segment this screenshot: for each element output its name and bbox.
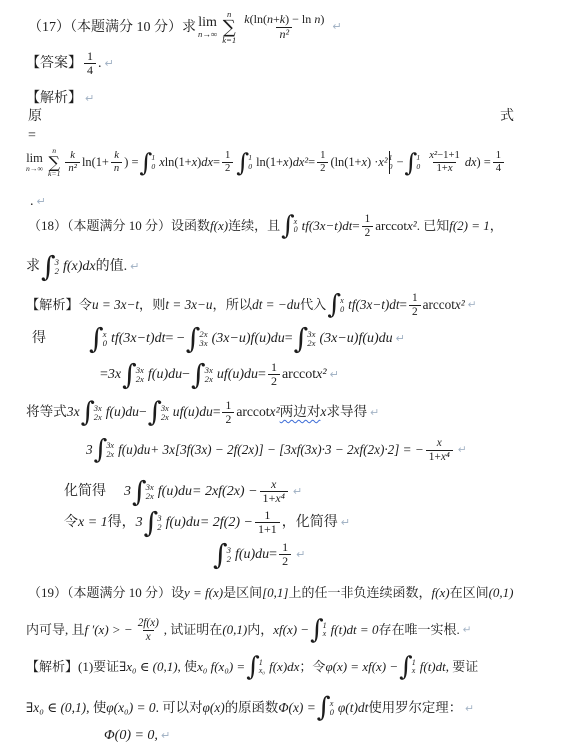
math-text: f(2) = 1 xyxy=(449,218,490,234)
math-text: n² xyxy=(279,27,289,41)
problem-18-substitution: 【解析】令 u = 3x−t，则 t = 3x−u，所以 dt = −du 代入… xyxy=(26,292,477,318)
text: . 已知 xyxy=(417,218,450,234)
text: − xyxy=(139,404,147,421)
integral-operator: ∫3x2x xyxy=(294,327,319,351)
text: 【解析】令 xyxy=(26,297,92,314)
fraction: 11+1 xyxy=(255,509,280,537)
paragraph-mark: ↵ xyxy=(332,20,341,34)
math-text: f(x) xyxy=(210,218,228,234)
paragraph-mark: ↵ xyxy=(396,332,405,346)
math-text: (0,1) xyxy=(222,622,247,638)
math-text: x² xyxy=(316,366,326,384)
math-text: x xyxy=(448,163,453,174)
math-text: x² xyxy=(429,150,437,161)
text: = xyxy=(213,404,221,421)
integral-operator: ∫3x2x xyxy=(132,480,157,504)
math-text: + 3x[3f(3x) − 2f(2x)] − [3xf(3x)·3 − 2xf… xyxy=(150,442,423,459)
text: 的值. xyxy=(96,258,128,276)
math-text: φ(x) xyxy=(202,700,224,717)
paragraph-mark: ↵ xyxy=(293,485,302,499)
text: 2 xyxy=(225,163,230,174)
integral-operator: ∫3x2x xyxy=(81,401,105,424)
sigma-sign: ∑ xyxy=(223,19,236,36)
math-text: u = 3x−t xyxy=(92,297,139,314)
paragraph-mark: ↵ xyxy=(130,260,139,274)
text: 式 xyxy=(500,108,514,126)
text: 连续，且 xyxy=(228,218,280,234)
math-text: (3x−u)f(u)du xyxy=(319,330,392,348)
text: = xyxy=(258,366,266,384)
text: ，化简得 xyxy=(282,514,338,532)
text: = xyxy=(269,546,277,564)
text: 1+1 xyxy=(258,522,277,536)
integral-operator: ∫3x2x xyxy=(94,439,117,461)
text: 在区间 xyxy=(450,585,489,601)
summation-operator: n∑k=1 xyxy=(48,147,60,178)
problem-18-substitute-x1: 令 x = 1得，3∫32f(u)du = 2f(2) − 11+1，化简得↵ xyxy=(64,509,350,537)
integral-operator: ∫x0 xyxy=(89,327,110,351)
text: = xyxy=(400,297,407,314)
problem-19-analysis-line1: 【解析】(1)要证 ∃x₀ ∈ (0,1), 使 x₀ f(x₀) = ∫1x₀… xyxy=(26,656,478,678)
math-text: x² xyxy=(378,155,387,171)
text: 内， xyxy=(247,622,273,638)
text: 【解析】 xyxy=(26,90,82,108)
fraction: 12 xyxy=(222,399,234,426)
integral-operator: ∫x0 xyxy=(327,294,347,316)
sigma-sign: ∑ xyxy=(48,155,60,170)
math-text: dx xyxy=(201,155,213,171)
text: 求 xyxy=(26,258,40,276)
integral-operator: ∫1x₀ xyxy=(246,656,268,678)
fraction: 12 xyxy=(362,213,374,239)
integral-sign: ∫ xyxy=(246,656,260,678)
math-text: = 2xf(2x) − xyxy=(192,483,258,501)
math-text: f(u)du xyxy=(106,404,139,421)
math-text: φ(x) = xf(x) − xyxy=(325,659,398,675)
math-text: x = 1 xyxy=(78,514,108,532)
summation-operator: n∑k=1 xyxy=(222,10,236,45)
limit-operator: limn→∞ xyxy=(26,152,43,172)
math-text: xf(x) − xyxy=(273,622,309,638)
fraction: 14 xyxy=(493,150,504,175)
math-text: φ(t)dt xyxy=(338,700,368,717)
math-text: f(t)dt = 0 xyxy=(331,622,379,638)
math-text: f(u)du xyxy=(166,514,200,532)
math-text: x² xyxy=(455,297,465,314)
fraction: kn xyxy=(111,150,122,175)
text: ) = xyxy=(477,155,491,171)
math-text: f(u)du xyxy=(118,442,150,459)
text: 1 xyxy=(412,292,418,304)
text: = xyxy=(308,155,315,171)
integral-operator: ∫1x xyxy=(399,656,419,678)
text: ln(1+ xyxy=(82,155,109,171)
problem-18-statement-continued: 求∫32f(x)dx的值.↵ xyxy=(26,255,139,279)
text: 【解析】(1)要证 xyxy=(26,659,119,675)
text: 2 xyxy=(282,554,288,568)
text: = xyxy=(28,127,36,145)
text: 存在唯一实根. xyxy=(378,622,459,638)
math-text: Φ(0) = 0, xyxy=(104,727,158,745)
math-text: x xyxy=(146,631,151,643)
text: , 使 xyxy=(86,700,106,717)
math-text: f(t)dt xyxy=(420,659,446,675)
text: ln(1+ xyxy=(165,155,192,171)
problem-18-integral-transform: 得∫x0tf(3x−t)dt = −∫2x3x(3x−u)f(u)du = ∫3… xyxy=(32,327,405,351)
text: （19）（本题满分 10 分）设 xyxy=(28,585,184,601)
text: ) = xyxy=(124,155,138,171)
fraction: x1+x⁴ xyxy=(260,478,288,506)
math-text: 3x xyxy=(108,366,121,384)
math-text: y = f(x) xyxy=(184,585,223,601)
text: ) xyxy=(320,12,324,26)
text: 1 xyxy=(225,150,230,161)
paragraph-mark: ↵ xyxy=(296,548,305,562)
math-text: 3x xyxy=(67,404,80,421)
text: ，则 xyxy=(139,297,165,314)
text: 1+ xyxy=(429,451,441,463)
math-text: x⁴ xyxy=(275,491,285,505)
text: . xyxy=(30,193,34,211)
text: arccot xyxy=(236,404,269,421)
text: ，所以 xyxy=(213,297,253,314)
paragraph-mark: ↵ xyxy=(85,92,94,106)
integral-sign: ∫ xyxy=(281,215,295,237)
text: , 试证明在 xyxy=(164,622,223,638)
math-text: uf(u)du xyxy=(173,404,213,421)
text: 1+ xyxy=(436,163,447,174)
text: 得， xyxy=(108,514,136,532)
fraction: k(ln(n+k) − ln n)n² xyxy=(241,13,327,41)
math-text: Φ(x) = xyxy=(278,700,315,717)
text: 使用罗尔定理： xyxy=(368,700,462,717)
integral-sign: ∫ xyxy=(89,327,104,351)
math-text: tf(3x−t)dt xyxy=(111,330,166,348)
integral-sign: ∫ xyxy=(41,255,56,279)
math-text: x xyxy=(437,437,442,449)
paragraph-mark: ↵ xyxy=(468,299,477,312)
text: . 可以对 xyxy=(156,700,203,717)
math-text: f(u)du xyxy=(148,366,182,384)
text: 【答案】 xyxy=(26,55,82,73)
problem-18-differentiate-instruction: 将等式 3x∫3x2xf(u)du − ∫3x2xuf(u)du = 12arc… xyxy=(26,399,379,426)
text: 1 xyxy=(87,49,93,63)
fraction: x²−1+11+x xyxy=(426,150,463,175)
text: ) · xyxy=(367,155,378,171)
text: = xyxy=(213,155,220,171)
math-text: x² xyxy=(407,218,417,234)
text: 的原函数 xyxy=(225,700,279,717)
text: （17）（本题满分 10 分）求 xyxy=(28,19,196,37)
problem-19-statement-continued: 内可导, 且 f ′(x) > −2f(x)x, 试证明在 (0,1) 内， x… xyxy=(26,617,471,643)
math-text: f(u)du xyxy=(235,546,269,564)
text: (ln( xyxy=(250,12,267,26)
text: arccot xyxy=(375,218,407,234)
integral-operator: ∫32 xyxy=(213,543,234,567)
math-text: ∃x₀ ∈ (0,1) xyxy=(26,700,86,717)
text: 两边对 xyxy=(280,404,321,421)
math-text: f(x) xyxy=(432,585,450,601)
text: ， xyxy=(490,218,503,234)
integral-sign: ∫ xyxy=(213,543,228,567)
math-text: x² xyxy=(270,404,280,421)
problem-17-statement: （17）（本题满分 10 分）求limn→∞n∑k=1k(ln(n+k) − l… xyxy=(28,10,342,45)
text: = − xyxy=(165,330,184,348)
integral-operator: ∫10 xyxy=(404,152,423,173)
text: + xyxy=(273,12,280,26)
text: 1+ xyxy=(263,491,276,505)
equals-continuation: = xyxy=(28,127,36,145)
text: = xyxy=(285,330,293,348)
text: arccot xyxy=(282,366,316,384)
integral-operator: ∫x0 xyxy=(281,215,301,237)
paragraph-mark: ↵ xyxy=(463,624,472,637)
math-text: dx² xyxy=(293,155,308,171)
math-text: uf(u)du xyxy=(217,366,258,384)
problem-19-statement: （19）（本题满分 10 分）设 y = f(x)是区间[0,1]上的任一非负连… xyxy=(28,585,514,601)
fraction: 12 xyxy=(317,150,328,175)
text: 化简得 xyxy=(64,483,106,501)
text: 2 xyxy=(225,413,231,426)
integral-sign: ∫ xyxy=(327,294,341,316)
text: 4 xyxy=(496,163,501,174)
math-text: f(x)dx xyxy=(269,659,299,675)
text: 得 xyxy=(32,330,46,348)
problem-18-derivative-equation: 3∫3x2xf(u)du + 3x[3f(3x) − 2f(2x)] − [3x… xyxy=(86,437,467,463)
math-text: t = 3x−u xyxy=(165,297,212,314)
text: 2 xyxy=(271,374,277,388)
integral-sign: ∫ xyxy=(191,363,206,387)
math-text: dt = −du xyxy=(252,297,300,314)
integral-sign: ∫ xyxy=(310,619,324,641)
text: 1 xyxy=(320,150,325,161)
text: 求导得 xyxy=(326,404,367,421)
text: arccot xyxy=(423,297,455,314)
text: （18）（本题满分 10 分）设函数 xyxy=(28,218,210,234)
math-text: tf(3x−t)dt xyxy=(348,297,399,314)
paragraph-mark: ↵ xyxy=(458,444,467,457)
math-text: k xyxy=(114,150,119,161)
text: , 要证 xyxy=(446,659,479,675)
integral-operator: ∫32 xyxy=(144,511,165,535)
text: 1 xyxy=(225,399,231,412)
text: 2 xyxy=(412,306,418,318)
math-text: ∃x₀ ∈ (0,1) xyxy=(119,659,177,675)
problem-17-answer: 【答案】14 .↵ xyxy=(26,50,114,78)
text: ln(1+ xyxy=(256,155,283,171)
paragraph-mark: ↵ xyxy=(370,406,379,420)
integral-operator: ∫10 xyxy=(139,152,158,173)
integral-operator: ∫32 xyxy=(41,255,62,279)
text: 1 xyxy=(282,540,288,554)
problem-17-derivation: limn→∞n∑k=1kn²ln(1+kn) = ∫10x ln(1+x)dx … xyxy=(24,147,506,178)
math-text: (3x−u)f(u)du xyxy=(212,330,285,348)
math-text: 3 xyxy=(86,442,93,459)
problem-18-statement: （18）（本题满分 10 分）设函数 f(x)连续，且∫x0tf(3x−t)dt… xyxy=(28,213,503,239)
math-text: x xyxy=(271,477,276,491)
paragraph-mark: ↵ xyxy=(37,195,46,209)
limit-operator: limn→∞ xyxy=(198,16,217,39)
math-text: k xyxy=(70,150,75,161)
math-text: (0,1) xyxy=(489,585,514,601)
integral-operator: ∫x0 xyxy=(317,697,337,720)
math-text: n xyxy=(114,163,119,174)
integral-sign: ∫ xyxy=(148,401,162,424)
integral-sign: ∫ xyxy=(122,363,137,387)
text: = xyxy=(352,218,359,234)
problem-17-analysis-label: 【解析】↵ xyxy=(26,90,94,108)
paragraph-mark: ↵ xyxy=(341,516,350,530)
integral-operator: ∫3x2x xyxy=(148,401,172,424)
paragraph-mark: ↵ xyxy=(105,57,114,71)
text: −1+1 xyxy=(437,150,460,161)
text: 4 xyxy=(87,63,93,77)
text: . xyxy=(98,55,102,73)
document-page: （17）（本题满分 10 分）求limn→∞n∑k=1k(ln(n+k) − l… xyxy=(0,0,584,747)
math-text: n² xyxy=(68,163,77,174)
text: 1 xyxy=(271,360,277,374)
fraction: 12 xyxy=(409,292,421,318)
original-expression-spread: 原式 xyxy=(28,108,514,126)
math-text: 3 xyxy=(124,483,131,501)
paragraph-mark: ↵ xyxy=(161,729,170,743)
fraction: 12 xyxy=(222,150,233,175)
integral-operator: ∫1x xyxy=(310,619,330,641)
text: 上的任一非负连续函数， xyxy=(289,585,432,601)
math-text: = 2f(2) − xyxy=(200,514,253,532)
text: (ln(1+ xyxy=(330,155,361,171)
problem-18-final-result: ∫32f(u)du = 12↵ xyxy=(212,541,305,569)
math-text: tf(3x−t)dt xyxy=(302,218,353,234)
text: 2 xyxy=(365,227,371,239)
math-text: [0,1] xyxy=(262,585,288,601)
text: 原 xyxy=(28,108,42,126)
integral-sign: ∫ xyxy=(81,401,95,424)
text: − xyxy=(396,155,403,171)
fraction: x1+x⁴ xyxy=(426,437,453,463)
text: 1 xyxy=(365,213,371,225)
problem-18-simplified-equation: 化简得3∫3x2xf(u)du = 2xf(2x) − x1+x⁴↵ xyxy=(64,478,302,506)
text: 2 xyxy=(320,163,325,174)
integral-sign: ∫ xyxy=(132,480,147,504)
paragraph-mark: ↵ xyxy=(330,368,339,382)
problem-19-phi-initial-condition: Φ(0) = 0,↵ xyxy=(104,727,170,745)
fraction: kn² xyxy=(65,150,80,175)
fraction: 12 xyxy=(268,361,280,389)
math-text: x₀ f(x₀) = xyxy=(197,659,245,675)
math-text: x⁴ xyxy=(441,451,450,463)
text: 是区间 xyxy=(223,585,262,601)
math-text: f(x)dx xyxy=(63,258,96,276)
integral-operator: ∫10 xyxy=(236,152,255,173)
text: 内可导, 且 xyxy=(26,622,85,638)
text: − xyxy=(182,366,190,384)
fraction: 12 xyxy=(279,541,291,569)
trailing-period: .↵ xyxy=(30,193,46,211)
math-text: dx xyxy=(465,155,477,171)
text: ) − ln xyxy=(285,12,314,26)
integral-sign: ∫ xyxy=(399,656,413,678)
text: = xyxy=(100,366,108,384)
problem-19-analysis-line2: ∃x₀ ∈ (0,1), 使 φ(x₀) = 0. 可以对 φ(x)的原函数 Φ… xyxy=(26,697,474,720)
problem-18-integral-transform-continued: = 3x∫3x2xf(u)du − ∫3x2xuf(u)du = 12arcco… xyxy=(100,361,339,389)
fraction: 14 xyxy=(84,50,96,78)
text: ；令 xyxy=(299,659,325,675)
text: 代入 xyxy=(300,297,326,314)
paragraph-mark: ↵ xyxy=(465,702,474,715)
text: 令 xyxy=(64,514,78,532)
integral-operator: ∫3x2x xyxy=(122,363,147,387)
math-text: f(u)du xyxy=(158,483,192,501)
fraction: 2f(x)x xyxy=(135,617,162,643)
text: 1 xyxy=(264,508,270,522)
text: 将等式 xyxy=(26,404,67,421)
integral-operator: ∫2x3x xyxy=(186,327,211,351)
evaluation-bar: 10 xyxy=(389,151,396,175)
integral-sign: ∫ xyxy=(317,697,331,720)
math-text: 2f(x) xyxy=(138,617,159,629)
text: 1 xyxy=(496,150,501,161)
integral-operator: ∫3x2x xyxy=(191,363,216,387)
math-text: φ(x₀) = 0 xyxy=(106,700,155,717)
text: , 使 xyxy=(178,659,198,675)
math-text: f ′(x) > − xyxy=(85,622,133,638)
math-text: 3 xyxy=(136,514,143,532)
